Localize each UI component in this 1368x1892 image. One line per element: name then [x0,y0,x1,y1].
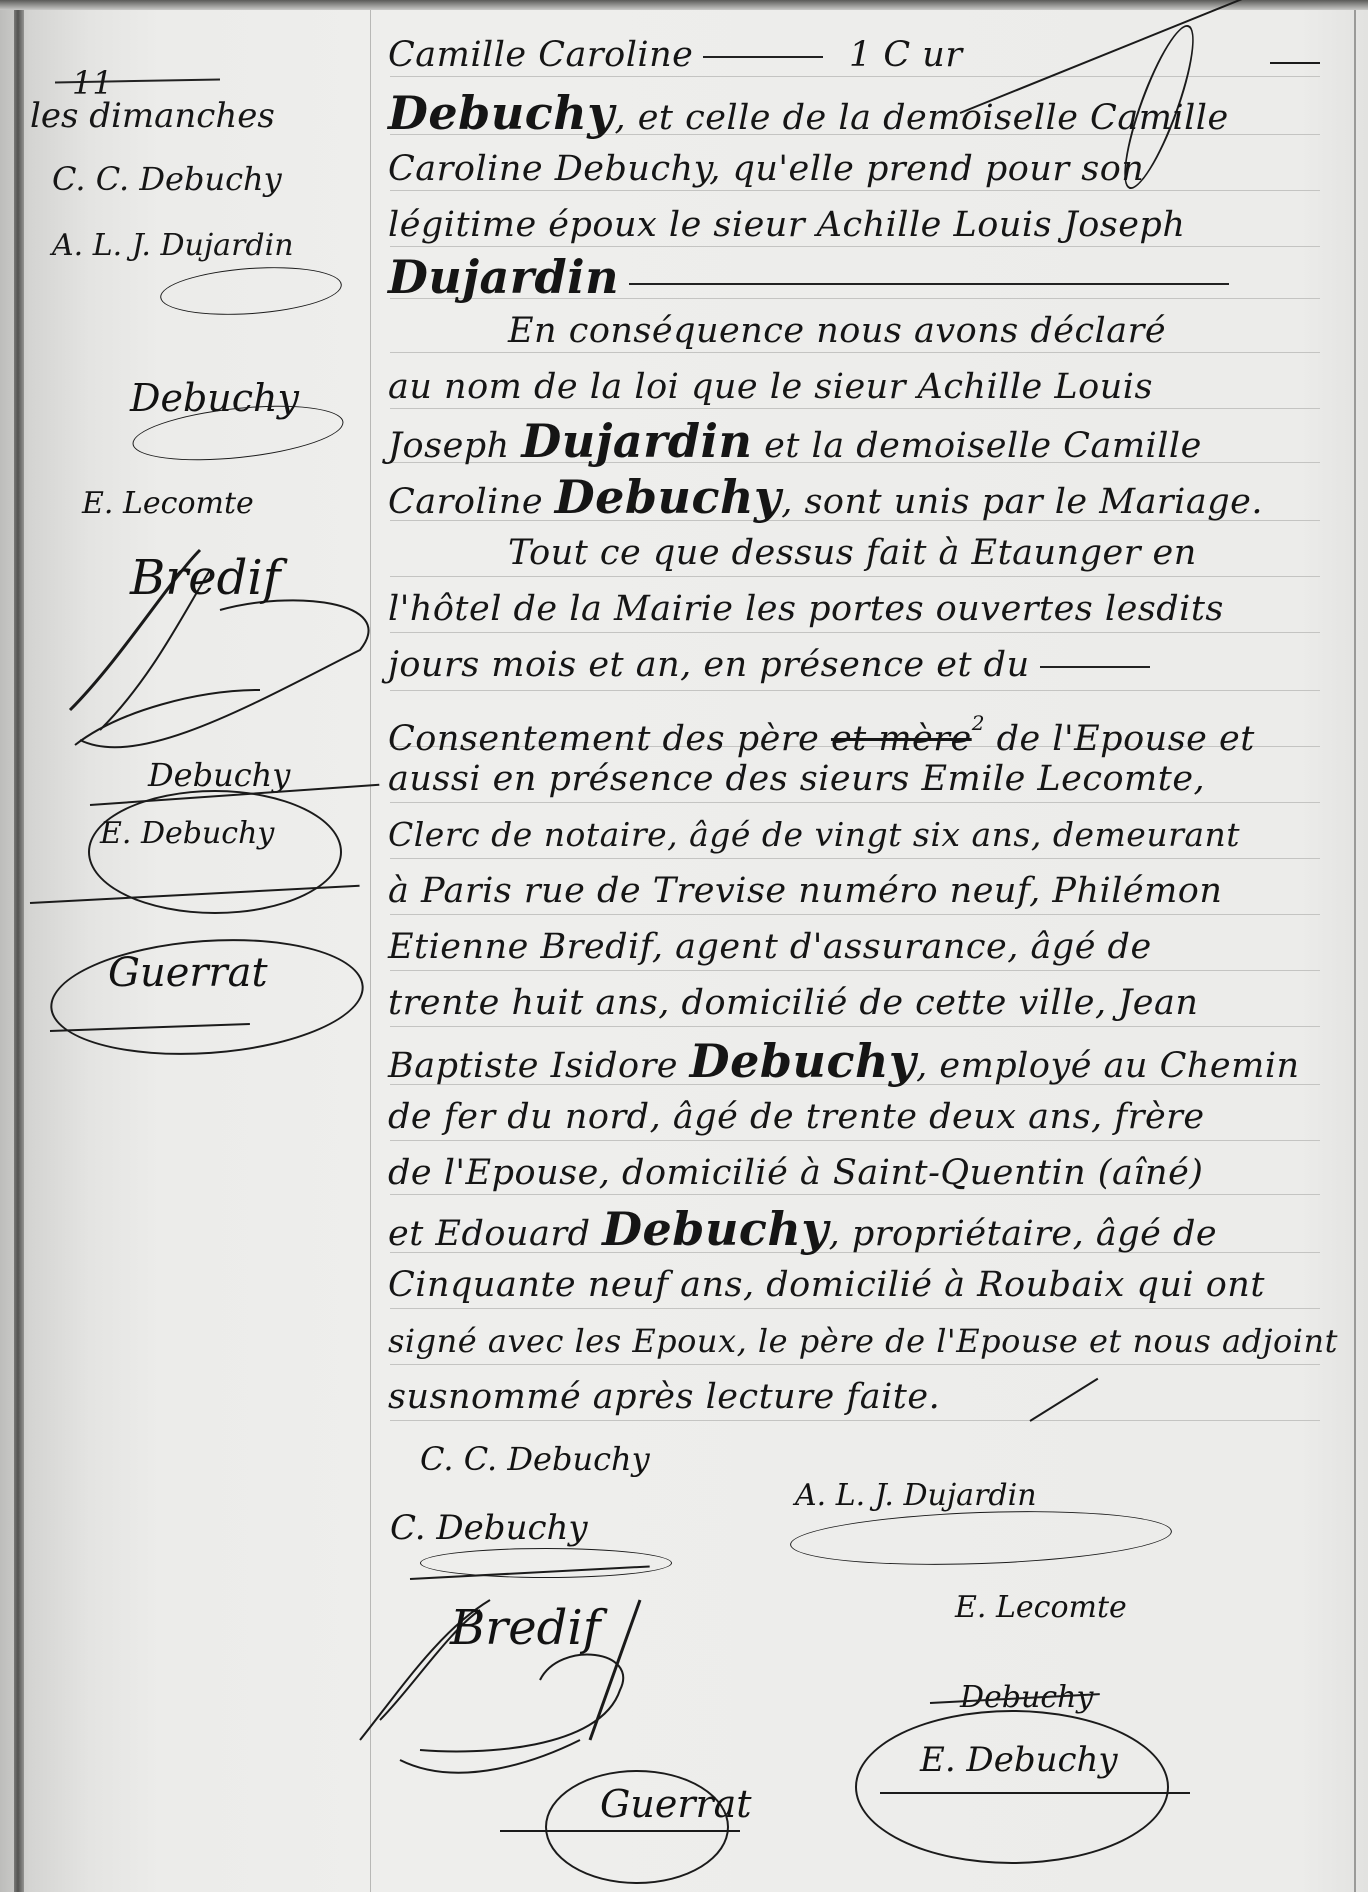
e-debuchy-bottom-paraph-circle [855,1710,1169,1864]
e-debuchy-bottom-underline [880,1792,1190,1794]
body-text: Joseph [388,426,510,466]
body-text: jours mois et an, en présence et du [388,645,1030,685]
body-text: trente huit ans, domicilié de cette vill… [388,983,1198,1023]
page-top-edge [0,0,1368,10]
body-line-1: Camille Caroline 1 C ur [388,28,1328,82]
signature-e-debuchy: E. Debuchy [920,1740,1118,1780]
margin-signature-debuchy-2: Debuchy [148,756,290,794]
body-text: Caroline [388,482,543,522]
body-text: et la demoiselle Camille [764,426,1202,466]
body-line-2: Debuchy, et celle de la demoiselle Camil… [388,86,1328,140]
groom-paraph-flourish [159,262,344,321]
guerrat-underline [50,1023,250,1032]
body-text: , et celle de la demoiselle Camille [614,98,1228,138]
margin-signature-guerrat: Guerrat [108,950,268,996]
body-line-16: à Paris rue de Trevise numéro neuf, Phil… [388,864,1328,918]
surname-debuchy: Debuchy [388,86,614,140]
body-line-14: aussi en présence des sieurs Emile Lecom… [388,752,1328,806]
line-end-dash [1270,62,1320,64]
line-fill-dash [629,283,1229,285]
body-line-20: de fer du nord, âgé de trente deux ans, … [388,1090,1328,1144]
line-fill-dash [703,56,823,58]
correction-mark: 2 [972,711,985,735]
body-line-25: susnommé après lecture faite. [388,1370,1328,1424]
body-text: de l'Epouse, domicilié à Saint-Quentin (… [388,1153,1203,1193]
surname-debuchy: Debuchy [690,1034,916,1088]
body-text: En conséquence nous avons déclaré [508,311,1166,351]
body-text: Camille Caroline [388,35,693,75]
body-line-9: Caroline Debuchy, sont unis par le Maria… [388,470,1328,524]
body-line-6: En conséquence nous avons déclaré [388,304,1328,358]
body-text: Etienne Bredif, agent d'assurance, âgé d… [388,927,1152,967]
signature-bredif: Bredif [450,1600,600,1656]
margin-note-day: les dimanches [30,96,275,136]
signature-lecomte: E. Lecomte [955,1590,1127,1625]
body-text: à Paris rue de Trevise numéro neuf, Phil… [388,871,1222,911]
margin-signature-bredif-block: Bredif [60,540,380,760]
line-fill-dash [1040,666,1150,668]
body-text: au nom de la loi que le sieur Achille Lo… [388,367,1153,407]
guerrat-bottom-underline [500,1830,740,1832]
signature-bredif-block: Bredif [340,1590,640,1800]
body-line-18: trente huit ans, domicilié de cette vill… [388,976,1328,1030]
e-debuchy-paraph-circle [88,790,342,914]
body-text: , employé au Chemin [916,1046,1299,1086]
father-paraph-flourish [420,1548,672,1578]
margin-signature-e-debuchy: E. Debuchy [100,816,274,851]
page-right-edge [1354,10,1356,1892]
body-text: Caroline Debuchy, qu'elle prend pour son [388,149,1144,189]
body-text: susnommé après lecture faite. [388,1377,940,1417]
register-page: 11 les dimanches C. C. Debuchy A. L. J. … [0,0,1368,1892]
body-line-15: Clerc de notaire, âgé de vingt six ans, … [388,808,1328,862]
body-line-13: Consentement des père et mère2 de l'Epou… [388,696,1328,750]
surname-dujardin: Dujardin [388,250,619,304]
body-text: légitime époux le sieur Achille Louis Jo… [388,205,1185,245]
body-line-5: Dujardin [388,250,1328,304]
margin-note-bride-initials: C. C. Debuchy [52,160,282,198]
body-text: Clerc de notaire, âgé de vingt six ans, … [388,815,1240,854]
body-line-8: Joseph Dujardin et la demoiselle Camille [388,414,1328,468]
body-line-23: Cinquante neuf ans, domicilié à Roubaix … [388,1258,1328,1312]
body-line-3: Caroline Debuchy, qu'elle prend pour son [388,142,1328,196]
body-line-11: l'hôtel de la Mairie les portes ouvertes… [388,582,1328,636]
father-underline [410,1565,650,1580]
e-debuchy-underline [30,885,360,904]
body-line-22: et Edouard Debuchy, propriétaire, âgé de [388,1202,1328,1256]
body-text: l'hôtel de la Mairie les portes ouvertes… [388,589,1224,629]
body-line-10: Tout ce que dessus fait à Etaunger en [388,526,1328,580]
body-text: de fer du nord, âgé de trente deux ans, … [388,1097,1205,1137]
body-line-21: de l'Epouse, domicilié à Saint-Quentin (… [388,1146,1328,1200]
signature-groom: A. L. J. Dujardin [795,1478,1037,1513]
signature-guerrat: Guerrat [600,1782,752,1826]
body-text: , sont unis par le Mariage. [781,482,1263,522]
margin-signature-bredif: Bredif [130,550,280,606]
surname-dujardin: Dujardin [521,414,752,468]
signature-bride: C. C. Debuchy [420,1440,650,1478]
body-text: Baptiste Isidore [388,1046,678,1086]
body-line-4: légitime époux le sieur Achille Louis Jo… [388,198,1328,252]
body-text: , propriétaire, âgé de [829,1214,1218,1254]
body-text: signé avec les Epoux, le père de l'Epous… [388,1322,1338,1360]
margin-signature-debuchy: Debuchy [130,376,299,420]
body-text: Tout ce que dessus fait à Etaunger en [508,533,1197,573]
body-line-17: Etienne Bredif, agent d'assurance, âgé d… [388,920,1328,974]
body-line-7: au nom de la loi que le sieur Achille Lo… [388,360,1328,414]
body-text: aussi en présence des sieurs Emile Lecom… [388,759,1205,799]
body-text-marginal-insert: 1 C ur [849,35,963,75]
page-binding-edge [14,10,24,1892]
groom-paraph-loop [789,1505,1173,1570]
body-line-24: signé avec les Epoux, le père de l'Epous… [388,1314,1328,1368]
signature-father: C. Debuchy [390,1508,588,1548]
body-line-19: Baptiste Isidore Debuchy, employé au Che… [388,1034,1328,1088]
surname-debuchy: Debuchy [555,470,781,524]
body-text: Cinquante neuf ans, domicilié à Roubaix … [388,1265,1265,1305]
margin-signature-lecomte: E. Lecomte [82,486,254,521]
body-line-12: jours mois et an, en présence et du [388,638,1328,692]
body-text: et Edouard [388,1214,590,1254]
margin-note-groom-initials: A. L. J. Dujardin [52,228,294,263]
surname-debuchy: Debuchy [602,1202,828,1256]
